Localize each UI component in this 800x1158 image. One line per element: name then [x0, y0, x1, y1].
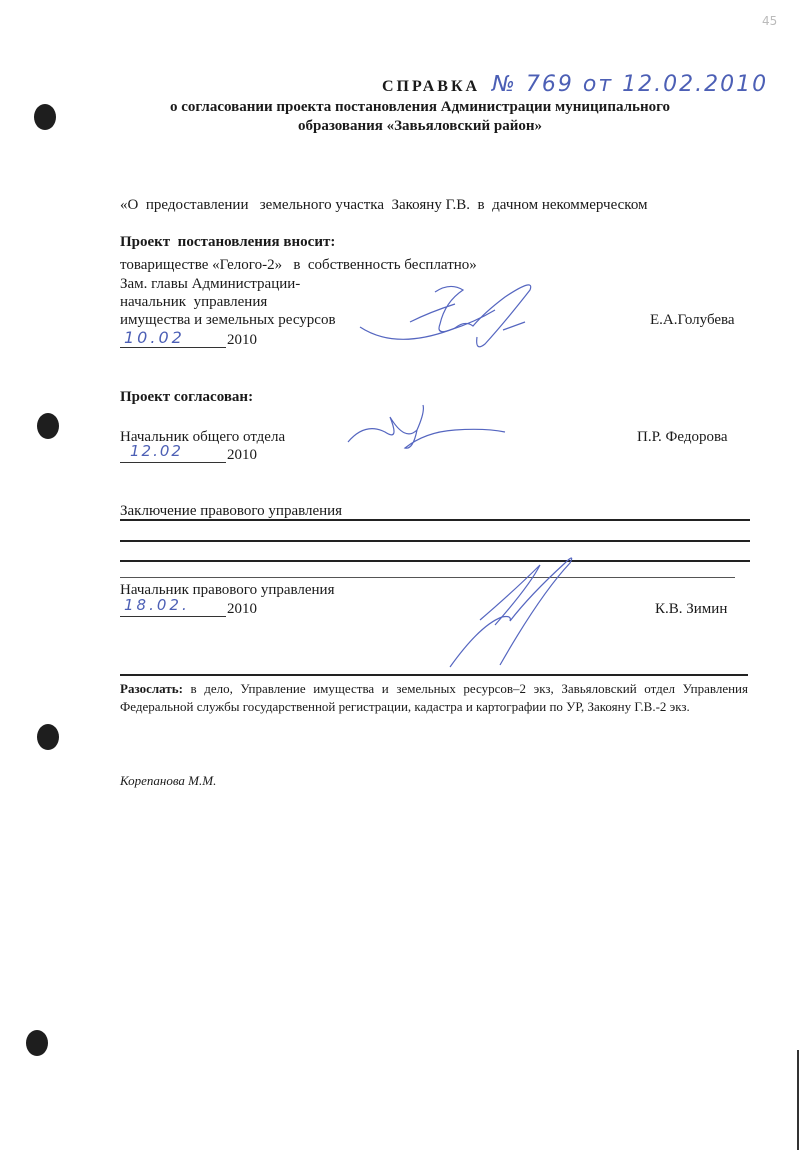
introducer-name: Е.А.Голубева — [650, 311, 735, 329]
legal-name: К.В. Зимин — [655, 600, 727, 618]
conclusion-line-4 — [120, 577, 735, 578]
legal-conclusion-label: Заключение правового управления — [120, 502, 342, 520]
punch-hole-1 — [34, 104, 56, 130]
distribution-text: в дело, Управление имущества и земельных… — [120, 681, 748, 714]
year-legal: 2010 — [227, 600, 257, 618]
signature-fedorova — [345, 402, 515, 457]
punch-hole-3 — [37, 724, 59, 750]
subtitle-line-1: о согласовании проекта постановления Адм… — [120, 98, 720, 117]
handwritten-document-number: № 769 от 12.02.2010 — [492, 72, 768, 97]
agreed-heading: Проект согласован: — [120, 388, 253, 406]
document-subtitle: о согласовании проекта постановления Адм… — [120, 98, 720, 136]
punch-hole-2 — [37, 413, 59, 439]
punch-hole-4 — [26, 1030, 48, 1056]
distribution-list: Разослать: в дело, Управление имущества … — [120, 680, 748, 716]
subject-line-1: «О предоставлении земельного участка Зак… — [120, 195, 648, 215]
document-subject: «О предоставлении земельного участка Зак… — [120, 155, 648, 295]
handwritten-date-introducer: 10.02 — [124, 328, 185, 347]
page-corner-number: 45 — [762, 14, 777, 28]
document-title: СПРАВКА — [382, 78, 480, 96]
position-line-2: начальник управления — [120, 293, 336, 311]
year-introducer: 2010 — [227, 331, 257, 349]
executor-name: Корепанова М.М. — [120, 773, 216, 789]
subject-line-2: товариществе «Гелого-2» в собственность … — [120, 255, 648, 275]
distribution-separator — [120, 674, 748, 676]
position-line-1: Зам. главы Администрации- — [120, 275, 336, 293]
conclusion-line-2 — [120, 540, 750, 542]
introduced-by-heading: Проект постановления вносит: — [120, 233, 335, 251]
handwritten-date-legal: 18.02. — [124, 596, 190, 614]
conclusion-line-3 — [120, 560, 750, 562]
agreed-name: П.Р. Федорова — [637, 428, 728, 446]
conclusion-line-1 — [120, 519, 750, 521]
subtitle-line-2: образования «Завьяловский район» — [120, 117, 720, 136]
introducer-position: Зам. главы Администрации- начальник упра… — [120, 275, 336, 329]
scan-edge-mark — [797, 1050, 799, 1150]
handwritten-date-agreed: 12.02 — [130, 442, 183, 460]
year-agreed: 2010 — [227, 446, 257, 464]
signature-zimin — [440, 555, 580, 680]
signature-golubeva — [355, 282, 545, 357]
position-line-3: имущества и земельных ресурсов — [120, 311, 336, 329]
distribution-label: Разослать: — [120, 681, 183, 696]
